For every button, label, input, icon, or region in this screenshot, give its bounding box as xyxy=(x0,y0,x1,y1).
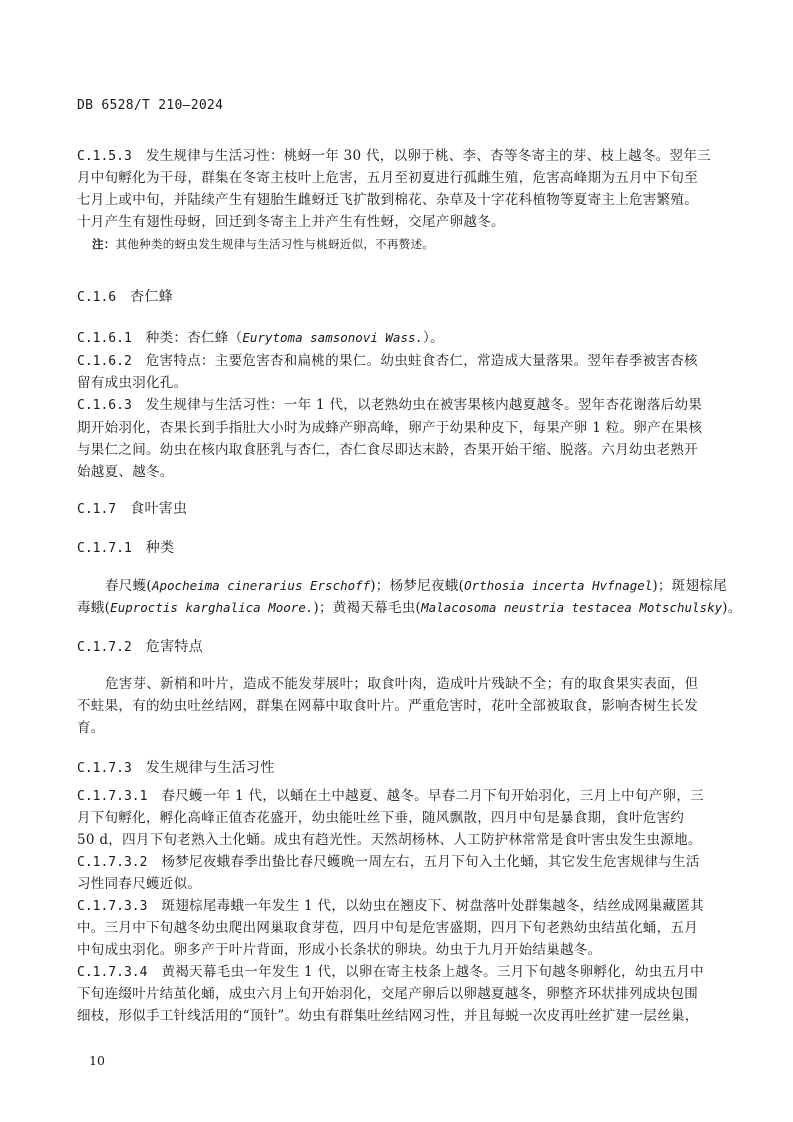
clause-text: 发生规律与生活习性：一年 1 代，以老熟幼虫在被害果核内越夏越冬。翌年杏花谢落后… xyxy=(146,397,702,413)
clause-number: C.1.5.3 xyxy=(77,149,132,164)
clause-text: 种类：杏仁蜂（ xyxy=(146,330,243,346)
clause-c162-line-2: 留有成虫羽化孔。 xyxy=(77,373,187,393)
clause-c163-line-2: 期开始羽化，杏果长到手指肚大小时为成蜂产卵高峰，卵产于幼果种皮下，每果产卵 1 … xyxy=(77,418,702,438)
section-number: C.1.6 xyxy=(77,290,116,305)
clause-number: C.1.6.1 xyxy=(77,331,132,346)
species-line-2: 毒蛾(Euproctis karghalica Moore.)；黄褐天幕毛虫(M… xyxy=(77,598,742,618)
clause-c162-line-1: C.1.6.2危害特点：主要危害杏和扁桃的果仁。幼虫蛀食杏仁，常造成大量落果。翌… xyxy=(77,351,698,372)
clause-c153-line-2: 月中旬孵化为干母，群集在冬寄主枝叶上危害，五月至初夏进行孤雌生殖，危害高峰期为五… xyxy=(77,168,698,188)
text: )；黄褐天幕毛虫( xyxy=(313,600,421,616)
clause-number: C.1.7.3.4 xyxy=(77,965,147,980)
clause-c1732-line-1: C.1.7.3.2杨梦尼夜蛾春季出蛰比春尺蠖晚一周左右，五月下旬入土化蛹，其它发… xyxy=(77,852,700,873)
section-title: 杏仁蜂 xyxy=(130,289,173,305)
clause-text: 发生规律与生活习性：桃蚜一年 30 代，以卵于桃、李、杏等冬寄主的芽、枝上越冬。… xyxy=(146,148,711,164)
subsection-heading-c172: C.1.7.2危害特点 xyxy=(77,637,203,658)
latin-name: Orthosia incerta Hvfnagel xyxy=(464,578,652,593)
standard-code-header: DB 6528/T 210—2024 xyxy=(77,96,223,116)
text: )；斑翅棕尾 xyxy=(652,578,727,594)
section-number: C.1.7.3 xyxy=(77,761,132,776)
clause-number: C.1.7.3.2 xyxy=(77,855,147,870)
text: 毒蛾( xyxy=(77,600,110,616)
clause-text: 危害特点：主要危害杏和扁桃的果仁。幼虫蛀食杏仁，常造成大量落果。翌年春季被害杏核 xyxy=(146,353,698,369)
clause-c163-line-1: C.1.6.3发生规律与生活习性：一年 1 代，以老熟幼虫在被害果核内越夏越冬。… xyxy=(77,395,702,416)
note: 注：其他种类的蚜虫发生规律与生活习性与桃蚜近似，不再赘述。 xyxy=(92,234,434,254)
section-number: C.1.7 xyxy=(77,502,116,517)
section-title: 发生规律与生活习性 xyxy=(146,760,275,776)
clause-c1731-line-2: 月下旬孵化，孵化高峰正值杏花盛开，幼虫能吐丝下垂，随风飘散，四月中旬是暴食期，食… xyxy=(77,808,684,828)
section-title: 食叶害虫 xyxy=(130,501,187,517)
clause-number: C.1.7.3.1 xyxy=(77,789,147,804)
clause-number: C.1.6.3 xyxy=(77,398,132,413)
damage-line-2: 不蛀果，有的幼虫吐丝结网，群集在网幕中取食叶片。严重危害时，花叶全部被取食，影响… xyxy=(77,696,698,716)
clause-number: C.1.6.2 xyxy=(77,354,132,369)
section-number: C.1.7.2 xyxy=(77,640,132,655)
clause-text: ）。 xyxy=(423,330,444,346)
clause-c1733-line-2: 中。三月中下旬越冬幼虫爬出网巢取食芽苞，四月中旬是危害盛期，四月下旬老熟幼虫结茧… xyxy=(77,918,698,938)
clause-c153-line-4: 十月产生有翅性母蚜，回迁到冬寄主上并产生有性蚜，交尾产卵越冬。 xyxy=(77,212,505,232)
latin-name: Apocheima cinerarius Erschoff xyxy=(152,578,370,593)
subsection-heading-c171: C.1.7.1种类 xyxy=(77,538,174,559)
subsection-heading-c173: C.1.7.3发生规律与生活习性 xyxy=(77,758,275,779)
clause-text: 春尺蠖一年 1 代，以蛹在土中越夏、越冬。早春二月下旬开始羽化，三月上中旬产卵，… xyxy=(161,788,703,804)
text: 春尺蠖( xyxy=(105,578,152,594)
latin-name: Malacosoma neustria testacea Motschulsky xyxy=(421,600,722,615)
clause-text: 黄褐天幕毛虫一年发生 1 代，以卵在寄主枝条上越冬。三月下旬越冬卵孵化，幼虫五月… xyxy=(161,964,703,980)
note-label: 注： xyxy=(92,237,116,251)
clause-c1731-line-3: 50 d，四月下旬老熟入土化蛹。成虫有趋光性。天然胡杨林、人工防护林常常是食叶害… xyxy=(77,830,702,850)
clause-c153-line-1: C.1.5.3发生规律与生活习性：桃蚜一年 30 代，以卵于桃、李、杏等冬寄主的… xyxy=(77,146,711,167)
section-title: 种类 xyxy=(146,540,175,556)
latin-name: Eurytoma samsonovi Wass. xyxy=(242,330,423,345)
clause-c1732-line-2: 习性同春尺蠖近似。 xyxy=(77,874,201,894)
section-number: C.1.7.1 xyxy=(77,541,132,556)
page-number: 10 xyxy=(89,1053,105,1068)
section-title: 危害特点 xyxy=(146,639,203,655)
clause-c1733-line-1: C.1.7.3.3斑翅棕尾毒蛾一年发生 1 代，以幼虫在翘皮下、树盘落叶处群集越… xyxy=(77,896,704,917)
damage-line-1: 危害芽、新梢和叶片，造成不能发芽展叶；取食叶肉，造成叶片残缺不全；有的取食果实表… xyxy=(105,674,698,694)
text: )。 xyxy=(722,600,741,616)
clause-c163-line-3: 与果仁之间。幼虫在核内取食胚乳与杏仁，杏仁食尽即达末龄，杏果开始干缩、脱落。六月… xyxy=(77,440,698,460)
text: )；杨梦尼夜蛾( xyxy=(370,578,464,594)
clause-c161: C.1.6.1种类：杏仁蜂（Eurytoma samsonovi Wass.）。 xyxy=(77,328,444,349)
damage-line-3: 育。 xyxy=(77,718,105,738)
clause-c1733-line-3: 中旬成虫羽化。卵多产于叶片背面，形成小长条状的卵块。幼虫于九月开始结巢越冬。 xyxy=(77,940,601,960)
clause-c153-line-3: 七月上或中旬，并陆续产生有翅胎生雌蚜迁飞扩散到棉花、杂草及十字花科植物等夏寄主上… xyxy=(77,190,698,210)
latin-name: Euproctis karghalica Moore. xyxy=(110,600,313,615)
clause-c163-line-4: 始越夏、越冬。 xyxy=(77,462,174,482)
section-heading-c17: C.1.7食叶害虫 xyxy=(77,499,187,520)
clause-text: 斑翅棕尾毒蛾一年发生 1 代，以幼虫在翘皮下、树盘落叶处群集越冬，结丝成网巢藏匿… xyxy=(161,898,703,914)
clause-number: C.1.7.3.3 xyxy=(77,899,147,914)
species-line-1: 春尺蠖(Apocheima cinerarius Erschoff)；杨梦尼夜蛾… xyxy=(105,576,727,596)
clause-c1734-line-2: 下旬连缀叶片结茧化蛹，成虫六月上旬开始羽化，交尾产卵后以卵越夏越冬，卵整齐环状排… xyxy=(77,984,698,1004)
note-text: 其他种类的蚜虫发生规律与生活习性与桃蚜近似，不再赘述。 xyxy=(116,237,435,251)
clause-c1734-line-3: 细枝，形似手工针线活用的“顶针”。幼虫有群集吐丝结网习性，并且每蜕一次皮再吐丝扩… xyxy=(77,1006,699,1026)
clause-text: 杨梦尼夜蛾春季出蛰比春尺蠖晚一周左右，五月下旬入土化蛹，其它发生危害规律与生活 xyxy=(161,854,699,870)
clause-c1731-line-1: C.1.7.3.1春尺蠖一年 1 代，以蛹在土中越夏、越冬。早春二月下旬开始羽化… xyxy=(77,786,704,807)
clause-c1734-line-1: C.1.7.3.4黄褐天幕毛虫一年发生 1 代，以卵在寄主枝条上越冬。三月下旬越… xyxy=(77,962,704,983)
section-heading-c16: C.1.6杏仁蜂 xyxy=(77,287,173,308)
